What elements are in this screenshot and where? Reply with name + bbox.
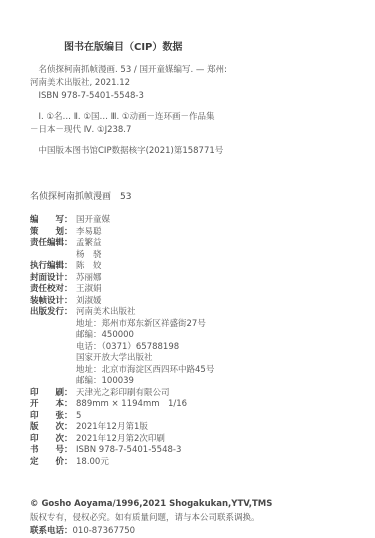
credit-label: 编 写： — [30, 215, 76, 227]
spacer — [30, 103, 349, 111]
credit-value: 陈 姣 — [76, 261, 102, 273]
copyright-line: © Gosho Aoyama/1996,2021 Shogakukan,YTV,… — [30, 498, 349, 512]
credit-value: 苏丽娜 — [76, 273, 102, 285]
credit-value: 邮编：100039 — [76, 376, 134, 388]
cip-classification-block: Ⅰ. ①名… Ⅱ. ①国… Ⅲ. ①动画－连环画－作品集－日本－现代 Ⅳ. ①J… — [30, 111, 349, 137]
credit-value: 孟繁益 — [76, 238, 102, 250]
credit-subline: 邮编：450000 — [30, 330, 349, 342]
credit-value: 2021年12月第1版 — [76, 422, 148, 434]
book-title: 名侦探柯南抓帧漫画 53 — [30, 189, 349, 202]
cip-line: 河南美术出版社, 2021.12 — [30, 77, 349, 90]
credit-subline: 地址：北京市海淀区西四环中路45号 — [30, 365, 349, 377]
credits-list: 编 写：国开童媒策 划：李易聪责任编辑：孟繁益杨 骁执行编辑：陈 姣封面设计：苏… — [30, 215, 349, 468]
rights-notice: 版权专有，侵权必究。如有质量问题，请与本公司联系调换。 — [30, 512, 349, 526]
credit-row: 编 写：国开童媒 — [30, 215, 349, 227]
credit-row: 杨 骁 — [30, 250, 349, 262]
credit-value: 邮编：450000 — [76, 330, 134, 342]
credit-row: 封面设计：苏丽娜 — [30, 273, 349, 285]
credit-value: 王淑娟 — [76, 284, 102, 296]
credit-label: 版 次： — [30, 422, 76, 434]
credit-value: 国家开放大学出版社 — [76, 353, 153, 365]
credit-value: 杨 骁 — [76, 250, 102, 262]
credit-value: 国开童媒 — [76, 215, 110, 227]
cip-description-block: 名侦探柯南抓帧漫画. 53 / 国开童媒编写. — 郑州:河南美术出版社, 20… — [30, 64, 349, 103]
cip-classification-line: －日本－现代 Ⅳ. ①J238.7 — [30, 124, 349, 137]
credit-value: 2021年12月第2次印刷 — [76, 434, 165, 446]
cip-classification-line: Ⅰ. ①名… Ⅱ. ①国… Ⅲ. ①动画－连环画－作品集 — [30, 111, 349, 124]
credit-label: 策 划： — [30, 227, 76, 239]
credit-value: 电话：（0371）65788198 — [76, 342, 179, 354]
credit-row: 责任校对：王淑娟 — [30, 284, 349, 296]
credit-label: 责任编辑： — [30, 238, 76, 250]
credit-value: 李易聪 — [76, 227, 102, 239]
credit-label: 印 张： — [30, 411, 76, 423]
colophon-page: 图书在版编目（CIP）数据 名侦探柯南抓帧漫画. 53 / 国开童媒编写. — … — [0, 0, 375, 538]
credit-row: 执行编辑：陈 姣 — [30, 261, 349, 273]
credit-subline: 电话：（0371）65788198 — [30, 342, 349, 354]
footer: © Gosho Aoyama/1996,2021 Shogakukan,YTV,… — [30, 498, 349, 538]
credit-subline: 邮编：100039 — [30, 376, 349, 388]
credit-label: 开 本： — [30, 399, 76, 411]
contact-line: 联系电话：010-87367750 — [30, 525, 349, 538]
credit-row: 装帧设计：刘淑媛 — [30, 296, 349, 308]
credit-value: 河南美术出版社 — [76, 307, 136, 319]
credit-value: 18.00元 — [76, 457, 109, 469]
credit-value: 地址：郑州市郑东新区祥盛街27号 — [76, 319, 206, 331]
credit-row: 定 价：18.00元 — [30, 457, 349, 469]
credit-row: 书 号：ISBN 978-7-5401-5548-3 — [30, 445, 349, 457]
credit-value: ISBN 978-7-5401-5548-3 — [76, 445, 181, 457]
credit-row: 版 次：2021年12月第1版 — [30, 422, 349, 434]
credit-row: 开 本：889mm × 1194mm 1/16 — [30, 399, 349, 411]
credit-label: 出版发行： — [30, 307, 76, 319]
credit-label: 印 刷： — [30, 388, 76, 400]
credit-label: 定 价： — [30, 457, 76, 469]
credit-row: 印 次：2021年12月第2次印刷 — [30, 434, 349, 446]
credit-label — [30, 250, 76, 262]
cip-record-number: 中国版本图书馆CIP数据核字(2021)第158771号 — [30, 145, 349, 158]
credit-row: 出版发行：河南美术出版社 — [30, 307, 349, 319]
credit-label: 印 次： — [30, 434, 76, 446]
credit-row: 印 刷：天津光之彩印刷有限公司 — [30, 388, 349, 400]
credit-value: 刘淑媛 — [76, 296, 102, 308]
contact-number: 010-87367750 — [73, 526, 136, 536]
credit-value: 889mm × 1194mm 1/16 — [76, 399, 187, 411]
cip-line: ISBN 978-7-5401-5548-3 — [30, 90, 349, 103]
credit-label: 封面设计： — [30, 273, 76, 285]
credit-row: 策 划：李易聪 — [30, 227, 349, 239]
credit-subline: 国家开放大学出版社 — [30, 353, 349, 365]
credit-value: 5 — [76, 411, 81, 423]
credit-row: 印 张：5 — [30, 411, 349, 423]
credit-value: 天津光之彩印刷有限公司 — [76, 388, 170, 400]
credit-label: 执行编辑： — [30, 261, 76, 273]
contact-label: 联系电话： — [30, 526, 73, 536]
spacer — [30, 137, 349, 145]
credit-subline: 地址：郑州市郑东新区祥盛街27号 — [30, 319, 349, 331]
credit-label: 装帧设计： — [30, 296, 76, 308]
cip-line: 名侦探柯南抓帧漫画. 53 / 国开童媒编写. — 郑州: — [30, 64, 349, 77]
credit-label: 书 号： — [30, 445, 76, 457]
credit-value: 地址：北京市海淀区西四环中路45号 — [76, 365, 214, 377]
credit-label: 责任校对： — [30, 284, 76, 296]
credit-row: 责任编辑：孟繁益 — [30, 238, 349, 250]
cip-section-title: 图书在版编目（CIP）数据 — [64, 38, 349, 53]
